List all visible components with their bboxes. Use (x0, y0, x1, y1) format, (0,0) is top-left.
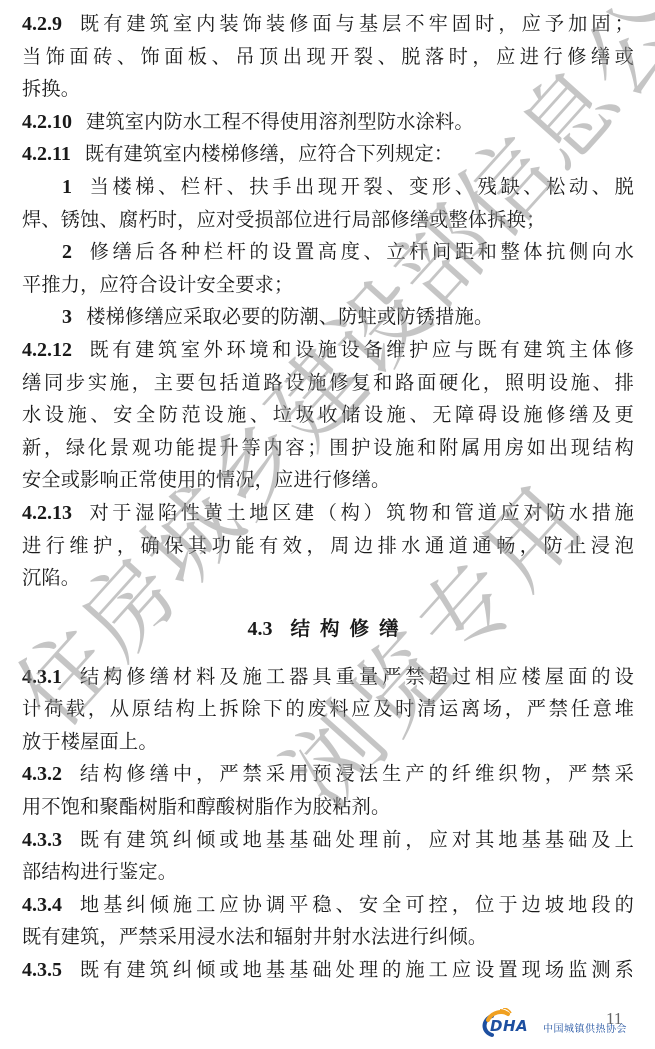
list-item-number: 3 (62, 306, 72, 328)
clause-text: 结构修缮材料及施工器具重量严禁超过相应楼屋面的设 (76, 665, 634, 688)
clause-line: 4.2.13对于湿陷性黄土地区建（构）筑物和管道应对防水措施 (22, 497, 634, 530)
clause-text: 当饰面砖、饰面板、吊顶出现开裂、脱落时，应进行修缮或 (22, 45, 634, 68)
section-title-text: 结构修缮 (290, 617, 408, 640)
clause-line: 4.3.1结构修缮材料及施工器具重量严禁超过相应楼屋面的设 (22, 661, 634, 694)
clause-text: 既有建筑纠倾或地基基础处理前，应对其地基基础及上 (76, 828, 634, 851)
clause-line: 缮同步实施，主要包括道路设施修复和路面硬化，照明设施、排 (22, 367, 634, 400)
clause-number: 4.2.13 (22, 502, 72, 524)
clause-line: 4.2.10建筑室内防水工程不得使用溶剂型防水涂料。 (22, 106, 634, 139)
list-item-text: 当楼梯、栏杆、扶手出现开裂、变形、残缺、松动、脱 (86, 175, 634, 198)
clause-line: 安全或影响正常使用的情况，应进行修缮。 (22, 464, 634, 497)
clause-line: 进行维护，确保其功能有效，周边排水通道通畅，防止浸泡 (22, 530, 634, 563)
clause-line: 拆换。 (22, 73, 634, 106)
clause-line: 4.3.2结构修缮中，严禁采用预浸法生产的纤维织物，严禁采 (22, 758, 634, 791)
list-item-text: 焊、锈蚀、腐朽时，应对受损部位进行局部修缮或整体拆换； (22, 208, 545, 231)
clause-text: 部结构进行鉴定。 (22, 860, 177, 883)
document-page: 4.2.9既有建筑室内装饰装修面与基层不牢固时，应予加固； 当饰面砖、饰面板、吊… (0, 0, 655, 1049)
clause-text: 缮同步实施，主要包括道路设施修复和路面硬化，照明设施、排 (22, 371, 634, 394)
list-item-line: 焊、锈蚀、腐朽时，应对受损部位进行局部修缮或整体拆换； (22, 204, 634, 237)
section-number: 4.3 (247, 618, 272, 640)
list-item-text: 平推力，应符合设计安全要求； (22, 273, 293, 296)
clause-line: 4.2.11既有建筑室内楼梯修缮，应符合下列规定： (22, 138, 634, 171)
clause-number: 4.2.11 (22, 143, 71, 165)
list-item-line: 3楼梯修缮应采取必要的防潮、防蛀或防锈措施。 (22, 301, 634, 334)
clause-text: 既有建筑纠倾或地基基础处理的施工应设置现场监测系 (76, 958, 634, 981)
clause-text: 沉陷。 (22, 566, 80, 589)
clause-line: 4.2.12既有建筑室外环境和设施设备维护应与既有建筑主体修 (22, 334, 634, 367)
clause-text: 新，绿化景观功能提升等内容；围护设施和附属用房如出现结构 (22, 436, 634, 459)
clause-text: 建筑室内防水工程不得使用溶剂型防水涂料。 (86, 110, 474, 133)
list-item-number: 1 (62, 176, 72, 198)
list-item-line: 2修缮后各种栏杆的设置高度、立杆间距和整体抗侧向水 (22, 236, 634, 269)
clause-text: 水设施、安全防范设施、垃圾收储设施、无障碍设施修缮及更 (22, 403, 634, 426)
clause-text: 进行维护，确保其功能有效，周边排水通道通畅，防止浸泡 (22, 534, 634, 557)
clause-line: 当饰面砖、饰面板、吊顶出现开裂、脱落时，应进行修缮或 (22, 41, 634, 74)
clause-line: 4.3.3既有建筑纠倾或地基基础处理前，应对其地基基础及上 (22, 824, 634, 857)
clause-text: 既有建筑室内装饰装修面与基层不牢固时，应予加固； (76, 12, 634, 35)
page-number: 11 (606, 1009, 622, 1029)
clause-line: 用不饱和聚酯树脂和醇酸树脂作为胶粘剂。 (22, 791, 634, 824)
clause-line: 沉陷。 (22, 562, 634, 595)
clause-line: 部结构进行鉴定。 (22, 856, 634, 889)
clause-text: 拆换。 (22, 77, 80, 100)
clause-line: 水设施、安全防范设施、垃圾收储设施、无障碍设施修缮及更 (22, 399, 634, 432)
clause-text: 用不饱和聚酯树脂和醇酸树脂作为胶粘剂。 (22, 795, 390, 818)
clause-text: 对于湿陷性黄土地区建（构）筑物和管道应对防水措施 (86, 501, 634, 524)
clause-number: 4.3.2 (22, 763, 62, 785)
clause-text: 安全或影响正常使用的情况，应进行修缮。 (22, 468, 390, 491)
clause-number: 4.2.9 (22, 13, 62, 35)
clause-number: 4.3.5 (22, 959, 62, 981)
section-heading: 4.3结构修缮 (22, 605, 634, 653)
list-item-line: 平推力，应符合设计安全要求； (22, 269, 634, 302)
clause-number: 4.3.1 (22, 666, 62, 688)
clause-line: 既有建筑，严禁采用浸水法和辐射井射水法进行纠倾。 (22, 921, 634, 954)
clause-line: 4.3.5既有建筑纠倾或地基基础处理的施工应设置现场监测系 (22, 954, 634, 987)
clause-text: 既有建筑室外环境和设施设备维护应与既有建筑主体修 (86, 338, 634, 361)
clause-line: 新，绿化景观功能提升等内容；围护设施和附属用房如出现结构 (22, 432, 634, 465)
clause-line: 4.2.9既有建筑室内装饰装修面与基层不牢固时，应予加固； (22, 8, 634, 41)
clause-number: 4.3.4 (22, 894, 62, 916)
clause-number: 4.3.3 (22, 829, 62, 851)
clause-text: 结构修缮中，严禁采用预浸法生产的纤维织物，严禁采 (76, 762, 634, 785)
logo-text: DHA (490, 1017, 528, 1035)
list-item-number: 2 (62, 241, 72, 263)
clause-text: 计荷载，从原结构上拆除下的废料应及时清运离场，严禁任意堆 (22, 697, 634, 720)
page-footer: DHA 中国城镇供热协会 11 (0, 1000, 655, 1049)
list-item-text: 楼梯修缮应采取必要的防潮、防蛀或防锈措施。 (86, 305, 493, 328)
list-item-text: 修缮后各种栏杆的设置高度、立杆间距和整体抗侧向水 (86, 240, 634, 263)
clause-line: 4.3.4地基纠倾施工应协调平稳、安全可控，位于边坡地段的 (22, 889, 634, 922)
clause-line: 放于楼屋面上。 (22, 726, 634, 759)
clause-number: 4.2.12 (22, 339, 72, 361)
clause-text: 放于楼屋面上。 (22, 730, 158, 753)
document-body: 4.2.9既有建筑室内装饰装修面与基层不牢固时，应予加固； 当饰面砖、饰面板、吊… (22, 8, 634, 987)
clause-number: 4.2.10 (22, 111, 72, 133)
list-item-line: 1当楼梯、栏杆、扶手出现开裂、变形、残缺、松动、脱 (22, 171, 634, 204)
clause-text: 地基纠倾施工应协调平稳、安全可控，位于边坡地段的 (76, 893, 634, 916)
clause-text: 既有建筑室内楼梯修缮，应符合下列规定： (85, 142, 453, 165)
clause-text: 既有建筑，严禁采用浸水法和辐射井射水法进行纠倾。 (22, 925, 487, 948)
clause-line: 计荷载，从原结构上拆除下的废料应及时清运离场，严禁任意堆 (22, 693, 634, 726)
